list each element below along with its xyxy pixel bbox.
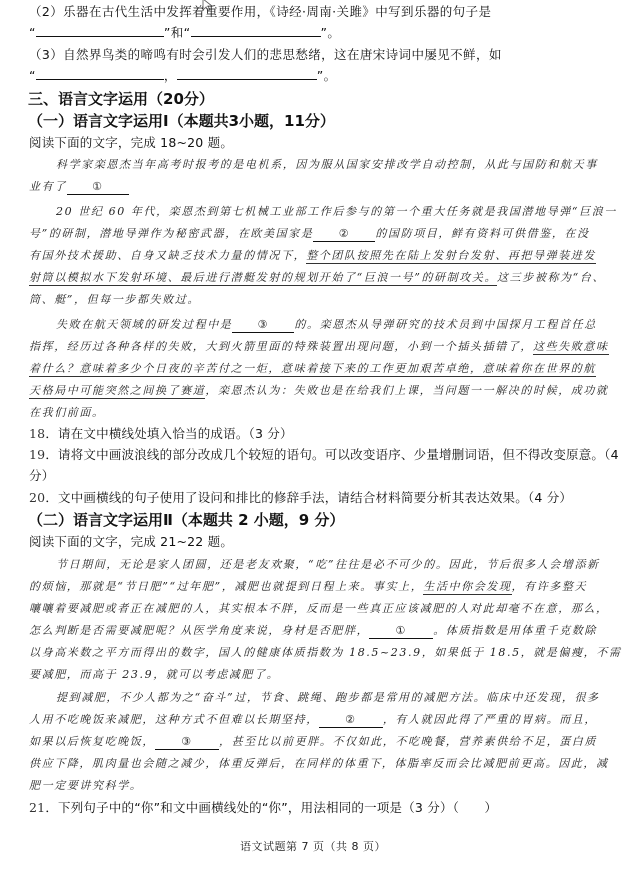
passage-text: 。体质指数是用体重千克数除 [433, 624, 597, 637]
question-poetry-3-answer: “，”。 [29, 67, 599, 85]
subsection-title-1: （一）语言文字运用Ⅰ（本题共3小题，11分） [28, 112, 598, 130]
answer-blank[interactable] [191, 24, 321, 37]
page-footer: 语文试题第 7 页（共 8 页） [0, 838, 626, 854]
blank-3[interactable]: ③ [232, 318, 294, 333]
passage-text: 的国防项目，鲜有资料可供借鉴，在没 [375, 227, 589, 240]
blank-3[interactable]: ③ [155, 735, 219, 750]
question-text: ．下列句子中的“你”和文中画横线处的“你”，用法相同的一项是（3 分）（ ） [45, 800, 497, 815]
passage-text: 人用不吃晚饭来减肥，这种方式不但难以长期坚持， [29, 713, 319, 726]
question-number: 19 [29, 447, 45, 462]
passage-text: ，栾恩杰认为：失败也是在给我们上课，当问题一一解决的时候，成功就 [205, 384, 608, 397]
question-18: 18．请在文中横线处填入恰当的成语。（3 分） [29, 425, 599, 443]
question-19: 19．请将文中画波浪线的部分改成几个较短的语句。可以改变语序、少量增删词语，但不… [29, 446, 599, 464]
passage-line: 指挥，经历过各种各样的失败，大到火箭里面的特殊装置出现问题，小到一个插头插错了，… [29, 338, 599, 356]
passage-text: 号”的研制，潜地导弹作为秘密武器，在欧美国家是 [29, 227, 313, 240]
question-number: 21 [29, 800, 45, 815]
blank-2[interactable]: ② [319, 713, 383, 728]
comma: ， [164, 68, 177, 83]
passage-line: 要减肥，而高于 23.9，就可以考虑减肥了。 [29, 666, 599, 684]
passage-text: 这三步被称为“台、 [497, 271, 605, 284]
passage-line: 以身高米数之平方而得出的数字，国人的健康体质指数为 18.5~23.9，如果低于… [29, 644, 599, 662]
passage-line: 节日期间，无论是家人团圆，还是老友欢聚，“吃”往往是必不可少的。因此，节后很多人… [56, 556, 626, 574]
passage-text: ，有许多整天 [512, 580, 588, 593]
passage-line: 射筒以模拟水下发射环境、最后进行潜艇发射的规划开始了“巨浪一号”的研制攻关。这三… [29, 269, 599, 287]
wavy-underlined-sentence: 天格局中可能突然之间换了赛道 [29, 384, 205, 399]
question-21: 21．下列句子中的“你”和文中画横线处的“你”，用法相同的一项是（3 分）（ ） [29, 799, 599, 817]
question-text: （2）乐器在古代生活中发挥着重要作用，《诗经·周南·关雎》中写到乐器的句子是 [29, 4, 491, 19]
passage-line: 着什么？意味着多少个日夜的辛苦付之一炬，意味着接下来的工作更加艰苦卓绝，意味着你… [29, 360, 599, 378]
reading-instruction-2: 阅读下面的文字，完成 21~22 题。 [29, 533, 599, 551]
passage-line: 在我们前面。 [29, 404, 599, 422]
passage-line: 科学家栾恩杰当年高考时报考的是电机系，因为服从国家安排改学自动控制，从此与国防和… [56, 156, 626, 174]
passage-line: 的烦恼，那就是“节日肥”“过年肥”，减肥也就提到日程上来。事实上，生活中你会发现… [29, 578, 599, 596]
passage-line: 失败在航天领域的研发过程中是③的。栾恩杰从导弹研究的技术员到中国探月工程首任总 [56, 316, 626, 334]
quote-mark: ”。 [321, 25, 341, 40]
passage-line: 业有了① [29, 178, 599, 196]
passage-text: 指挥，经历过各种各样的失败，大到火箭里面的特殊装置出现问题，小到一个插头插错了， [29, 340, 533, 353]
connector-text: ”和“ [164, 25, 191, 40]
passage-text: 的。栾恩杰从导弹研究的技术员到中国探月工程首任总 [294, 318, 596, 331]
underlined-phrase: 生活中你会发现 [423, 580, 511, 595]
passage-line: 有国外技术援助、自身又缺乏技术力量的情况下，整个团队按照先在陆上发射台发射、再把… [29, 247, 599, 265]
passage-text: 有国外技术援助、自身又缺乏技术力量的情况下， [29, 249, 306, 262]
passage-line: 怎么判断是否需要减肥呢？从医学角度来说，身材是否肥胖，①。体质指数是用体重千克数… [29, 622, 599, 640]
section-title: 三、语言文字运用（20分） [28, 90, 598, 108]
passage-text: 怎么判断是否需要减肥呢？从医学角度来说，身材是否肥胖， [29, 624, 369, 637]
exam-page: （2）乐器在古代生活中发挥着重要作用，《诗经·周南·关雎》中写到乐器的句子是 “… [0, 0, 626, 875]
question-poetry-2-answer: “”和“”。 [29, 24, 599, 42]
passage-text: ，有人就因此得了严重的胃病。而且， [383, 713, 597, 726]
passage-text: 的烦恼，那就是“节日肥”“过年肥”，减肥也就提到日程上来。事实上， [29, 580, 423, 593]
blank-2[interactable]: ② [313, 227, 375, 242]
underlined-sentence: 整个团队按照先在陆上发射台发射、再把导弹装进发 [306, 249, 596, 264]
blank-1[interactable]: ① [67, 180, 129, 195]
question-text: ．请在文中横线处填入恰当的成语。（3 分） [45, 426, 292, 441]
passage-text: 失败在航天领域的研发过程中是 [56, 318, 232, 331]
question-text: （3）自然界鸟类的啼鸣有时会引发人们的悲思愁绪，这在唐宋诗词中屡见不鲜，如 [29, 47, 502, 62]
answer-blank[interactable] [36, 67, 164, 80]
passage-line: 天格局中可能突然之间换了赛道，栾恩杰认为：失败也是在给我们上课，当问题一一解决的… [29, 382, 599, 400]
subsection-title-2: （二）语言文字运用Ⅱ（本题共 2 小题，9 分） [28, 511, 598, 529]
blank-1[interactable]: ① [369, 624, 433, 639]
passage-line: 人用不吃晚饭来减肥，这种方式不但难以长期坚持，②，有人就因此得了严重的胃病。而且… [29, 711, 599, 729]
passage-line: 提到减肥，不少人都为之“奋斗”过，节食、跳绳、跑步都是常用的减肥方法。临床中还发… [56, 689, 626, 707]
wavy-underlined-sentence: 这些失败意味 [533, 340, 609, 355]
passage-line: 嚷嚷着要减肥或者正在减肥的人，其实根本不胖，反而是一些真正应该减肥的人对此却毫不… [29, 600, 599, 618]
quote-mark: “ [29, 68, 36, 83]
question-poetry-3: （3）自然界鸟类的啼鸣有时会引发人们的悲思愁绪，这在唐宋诗词中屡见不鲜，如 [29, 46, 599, 64]
passage-line: 号”的研制，潜地导弹作为秘密武器，在欧美国家是②的国防项目，鲜有资料可供借鉴，在… [29, 225, 599, 243]
passage-line: 筒、艇”，但每一步都失败过。 [29, 291, 599, 309]
passage-line: 20 世纪 60 年代，栾恩杰到第七机械工业部工作后参与的第一个重大任务就是我国… [56, 203, 626, 221]
passage-text: 业有了 [29, 180, 67, 193]
question-text: ．文中画横线的句子使用了设问和排比的修辞手法，请结合材料简要分析其表达效果。（4… [45, 490, 572, 505]
passage-text: 如果以后恢复吃晚饭， [29, 735, 155, 748]
question-text: ．请将文中画波浪线的部分改成几个较短的语句。可以改变语序、少量增删词语，但不得改… [45, 447, 618, 462]
question-20: 20．文中画横线的句子使用了设问和排比的修辞手法，请结合材料简要分析其表达效果。… [29, 489, 599, 507]
passage-line: 供应下降，肌肉量也会随之减少，体重反弹后，在同样的体重下，体脂率反而会比减肥前更… [29, 755, 599, 773]
reading-instruction-1: 阅读下面的文字，完成 18~20 题。 [29, 134, 599, 152]
passage-text: ，甚至比以前更胖。不仅如此，不吃晚餐，营养素供给不足，蛋白质 [219, 735, 597, 748]
question-19-continued: 分） [29, 467, 599, 485]
wavy-underlined-sentence: 着什么？意味着多少个日夜的辛苦付之一炬，意味着接下来的工作更加艰苦卓绝，意味着你… [29, 362, 596, 377]
quote-mark: ”。 [317, 68, 337, 83]
question-number: 20 [29, 490, 45, 505]
answer-blank[interactable] [177, 67, 317, 80]
answer-blank[interactable] [36, 24, 164, 37]
quote-mark: “ [29, 25, 36, 40]
passage-line: 肥一定要讲究科学。 [29, 777, 599, 795]
underlined-sentence: 射筒以模拟水下发射环境、最后进行潜艇发射的规划开始了“巨浪一号”的研制攻关。 [29, 271, 497, 286]
passage-line: 如果以后恢复吃晚饭，③，甚至比以前更胖。不仅如此，不吃晚餐，营养素供给不足，蛋白… [29, 733, 599, 751]
question-number: 18 [29, 426, 45, 441]
question-poetry-2: （2）乐器在古代生活中发挥着重要作用，《诗经·周南·关雎》中写到乐器的句子是 [29, 3, 599, 21]
